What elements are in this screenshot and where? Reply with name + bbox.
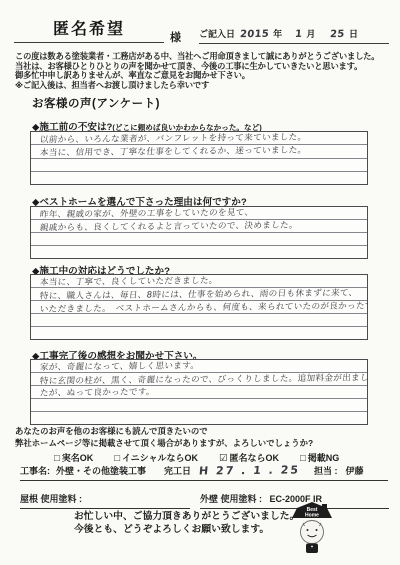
handwritten-answer: 家が、奇麗になって、嬉しく思います。 bbox=[39, 360, 200, 373]
completion-date-value: H 27 . 1 . 25 bbox=[198, 463, 300, 477]
intro-paragraph: この度は数ある塗装業者・工務店がある中、当社へご用命頂きまして誠にありがとうござ… bbox=[15, 52, 393, 91]
handwritten-answer: 本当に、信用でき、丁寧な仕事をしてくれるか、迷っていました。 bbox=[39, 145, 307, 158]
consent-option-no-publish: □掲載NG bbox=[300, 451, 339, 464]
answer-row: 本当に、信用でき、丁寧な仕事をしてくれるか、迷っていました。 bbox=[31, 145, 367, 158]
handwritten-answer: たが、ぬって良かったです。 bbox=[39, 386, 155, 399]
mascot-eye-right bbox=[316, 529, 318, 531]
checkbox-unchecked-icon: □ bbox=[300, 453, 306, 464]
date-year-value: 2015 bbox=[239, 29, 269, 40]
question-1-answer-box: 以前から、いろんな業者が、パンフレットを持って来ていました。 本当に、信用でき、… bbox=[30, 131, 368, 185]
answer-row: 以前から、いろんな業者が、パンフレットを持って来ていました。 bbox=[31, 132, 367, 145]
roof-paint-line: 屋根 使用塗料 : bbox=[20, 492, 190, 509]
answer-row bbox=[31, 233, 367, 246]
customer-name-field: 匿名希望 bbox=[14, 16, 164, 43]
staff-value: 伊藤 bbox=[346, 464, 364, 477]
consent-option-initials: □イニシャルならOK bbox=[114, 451, 198, 464]
handwritten-answer: 昨年、親戚の家が、外壁の工事をしていたのを見て、 bbox=[39, 207, 254, 220]
staff-label: 担当 : bbox=[314, 464, 338, 477]
answer-row: 特に玄関の柱が、黒く、奇麗になったので、びっくりしました。追加料金が出まし bbox=[31, 373, 367, 386]
consent-option-anonymous: ☑匿名ならOK bbox=[219, 451, 279, 464]
answer-row: たが、ぬって良かったです。 bbox=[31, 386, 367, 399]
consent-options: □実名OK □イニシャルならOK ☑匿名ならOK □掲載NG bbox=[54, 451, 339, 464]
consent-option-realname: □実名OK bbox=[54, 451, 93, 464]
mascot-eye-left bbox=[307, 529, 309, 531]
checkbox-unchecked-icon: □ bbox=[114, 453, 120, 464]
answer-row: 家が、奇麗になって、嬉しく思います。 bbox=[31, 360, 367, 373]
intro-line: ※ご記入後は、担当者へお渡し頂けましたら幸いです bbox=[15, 81, 393, 91]
answer-row: 特に、職人さんは、毎日、8時には、仕事を始められ、雨の日も休まずに来て、 bbox=[31, 288, 367, 301]
answer-row bbox=[31, 172, 367, 184]
handwritten-answer: 特に玄関の柱が、黒く、奇麗になったので、びっくりしました。追加料金が出まし bbox=[39, 373, 367, 386]
handwritten-answer: いただきました。 ベストホームさんからも、何度も、来られていたのが良かったです。 bbox=[39, 301, 367, 314]
question-3-answer-box: 本当に、丁寧で、良くしていただきました。 特に、職人さんは、毎日、8時には、仕事… bbox=[30, 274, 368, 340]
thanks-line: 今後とも、どうぞよろしくお願い致します。 bbox=[74, 523, 299, 536]
project-info-line: 工事名: 外壁・その他塗装工事 完工日 H 27 . 1 . 25 担当 : 伊… bbox=[20, 464, 388, 481]
roof-paint-label: 屋根 使用塗料 : bbox=[20, 494, 82, 504]
completion-date-label: 完工日 bbox=[164, 464, 191, 477]
mascot-roof-text-2: Home bbox=[305, 513, 319, 519]
answer-row bbox=[31, 399, 367, 412]
best-home-mascot-icon: Best Home bbox=[291, 501, 333, 555]
project-name-label: 工事名: bbox=[20, 464, 50, 477]
handwritten-answer: 本当に、丁寧で、良くしていただきました。 bbox=[39, 275, 218, 288]
consent-line: あなたのお声を他のお客様にも読んで頂きたいので bbox=[15, 426, 313, 438]
month-unit: 月 bbox=[306, 29, 315, 39]
answer-row: 本当に、丁寧で、良くしていただきました。 bbox=[31, 275, 367, 288]
checkbox-checked-icon: ☑ bbox=[219, 453, 228, 464]
thanks-line: お忙しい中、ご協力頂きありがとうございました。 bbox=[74, 510, 299, 523]
project-name-value: 外壁・その他塗装工事 bbox=[56, 464, 146, 477]
answer-row: いただきました。 ベストホームさんからも、何度も、来られていたのが良かったです。 bbox=[31, 301, 367, 314]
date-month-value: 1 bbox=[294, 29, 302, 40]
answer-row bbox=[31, 327, 367, 339]
answer-row bbox=[31, 314, 367, 327]
date-label: ご記入日 bbox=[199, 29, 235, 39]
answer-row bbox=[31, 412, 367, 424]
handwritten-answer: 特に、職人さんは、毎日、8時には、仕事を始められ、雨の日も休まずに来て、 bbox=[39, 288, 358, 301]
handwritten-answer: 以前から、いろんな業者が、パンフレットを持って来ていました。 bbox=[39, 132, 307, 145]
customer-name: 匿名希望 bbox=[53, 21, 125, 38]
year-unit: 年 bbox=[273, 29, 282, 39]
mascot-body bbox=[306, 544, 318, 554]
survey-title: お客様の声(アンケート) bbox=[32, 95, 160, 111]
fill-in-date-field: ご記入日 2015 年 1 月 25 日 bbox=[199, 27, 389, 44]
mascot-face bbox=[301, 521, 324, 544]
date-day-value: 25 bbox=[329, 29, 345, 40]
day-unit: 日 bbox=[349, 29, 358, 39]
customer-survey-document: 匿名希望 様 ご記入日 2015 年 1 月 25 日 この度は数ある塗装業者・… bbox=[0, 0, 400, 565]
consent-line: 弊社ホームページ等に掲載させて頂く場合がありますが、よろしいでしょうか? bbox=[15, 438, 313, 450]
handwritten-answer: 親戚からも、良くしてくれるよと言っていたので、決めました。 bbox=[39, 220, 298, 233]
answer-row bbox=[31, 246, 367, 258]
answer-row: 親戚からも、良くしてくれるよと言っていたので、決めました。 bbox=[31, 220, 367, 233]
closing-thanks: お忙しい中、ご協力頂きありがとうございました。 今後とも、どうぞよろしくお願い致… bbox=[74, 510, 299, 536]
answer-row bbox=[31, 159, 367, 172]
mascot-button bbox=[311, 546, 313, 548]
answer-row: 昨年、親戚の家が、外壁の工事をしていたのを見て、 bbox=[31, 207, 367, 220]
consent-text: あなたのお声を他のお客様にも読んで頂きたいので 弊社ホームページ等に掲載させて頂… bbox=[15, 426, 313, 449]
question-2-answer-box: 昨年、親戚の家が、外壁の工事をしていたのを見て、 親戚からも、良くしてくれるよと… bbox=[30, 206, 368, 259]
checkbox-unchecked-icon: □ bbox=[54, 453, 60, 464]
honorific-label: 様 bbox=[170, 29, 181, 45]
question-4-answer-box: 家が、奇麗になって、嬉しく思います。 特に玄関の柱が、黒く、奇麗になったので、び… bbox=[30, 359, 368, 425]
wall-paint-label: 外壁 使用塗料 : bbox=[200, 494, 262, 504]
